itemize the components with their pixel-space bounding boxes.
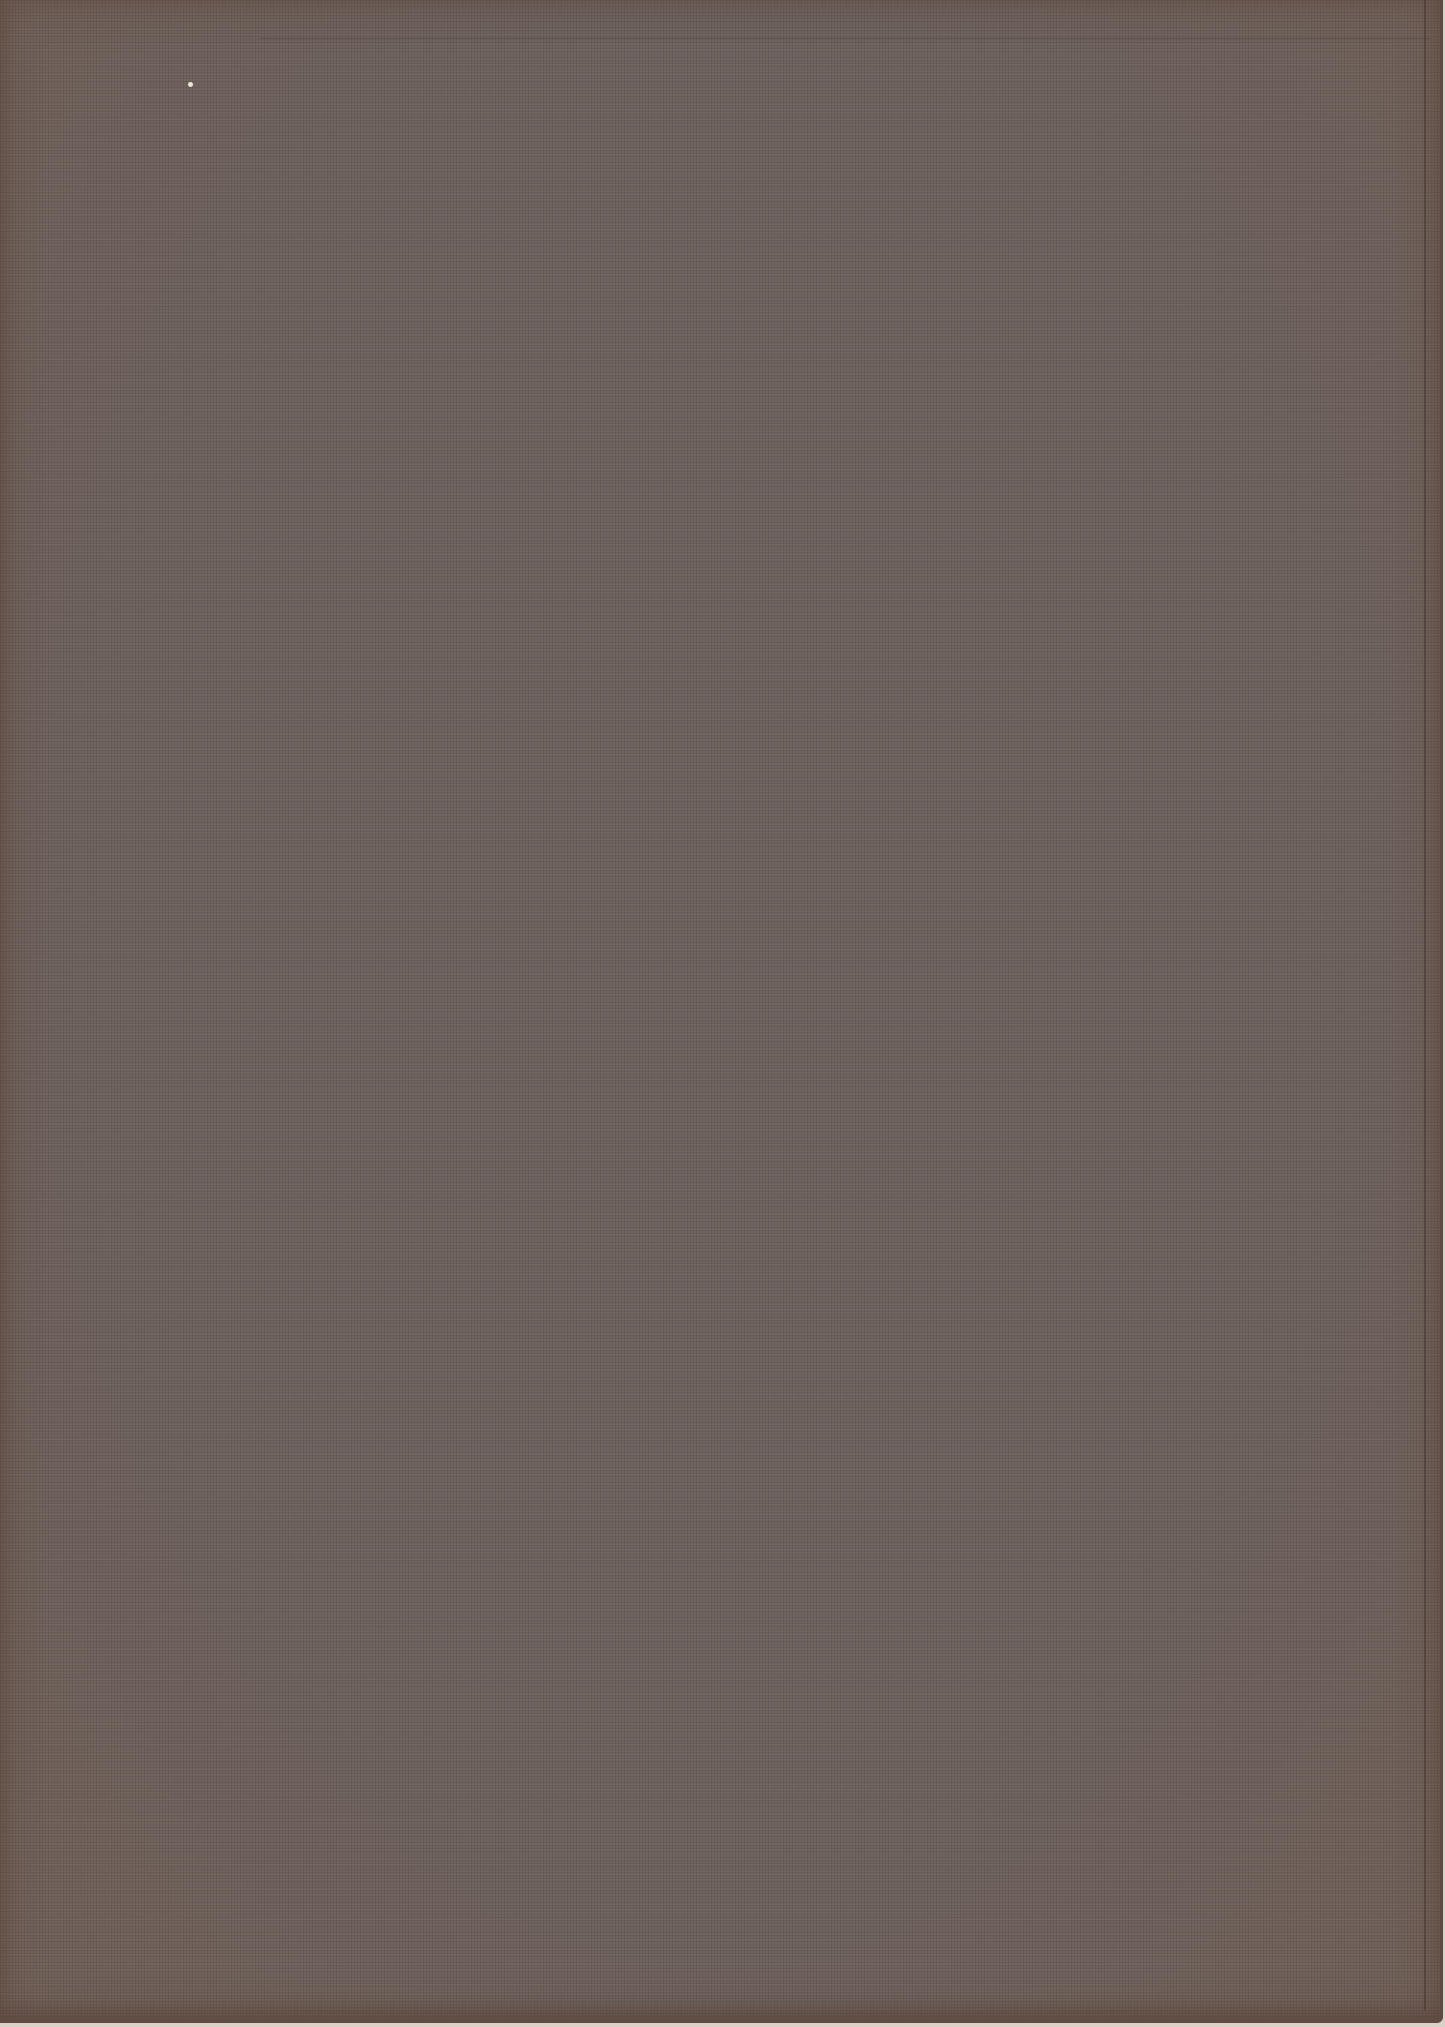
book-cover	[0, 0, 1443, 2023]
spine-crease	[1424, 0, 1426, 2010]
top-fold-line	[260, 8, 1430, 39]
white-speck	[188, 82, 193, 87]
